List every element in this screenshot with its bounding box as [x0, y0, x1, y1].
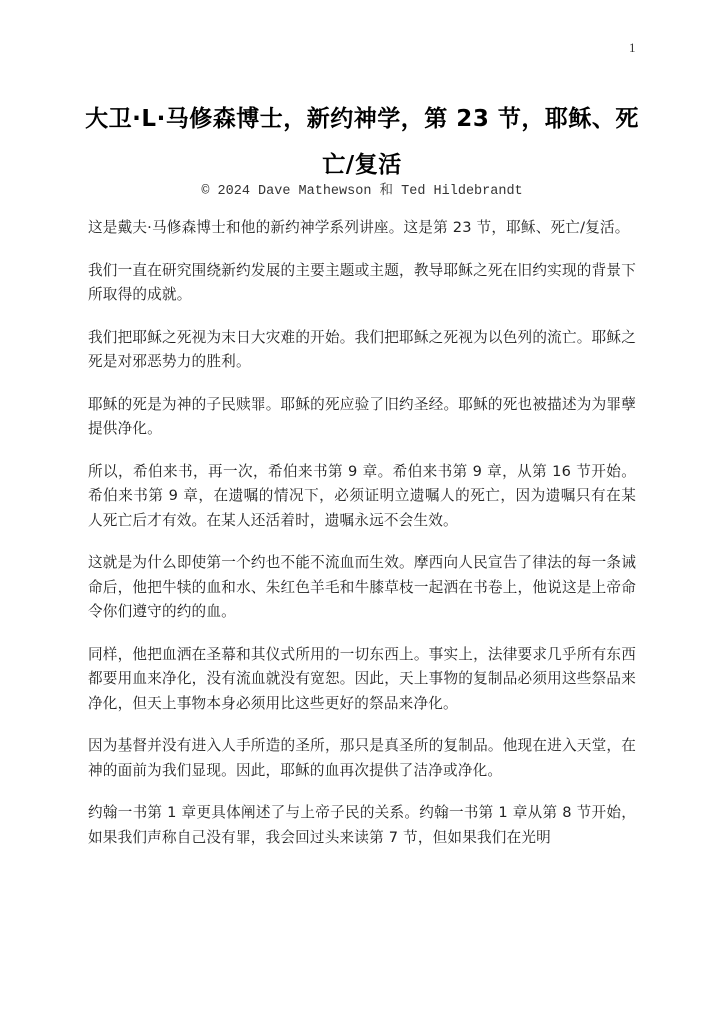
- paragraph-death-views: 我们把耶稣之死视为末日大灾难的开始。我们把耶稣之死视为以色列的流亡。耶稣之死是对…: [88, 326, 636, 375]
- paragraph-hebrews-9: 所以，希伯来书，再一次，希伯来书第 9 章。希伯来书第 9 章，从第 16 节开…: [88, 460, 636, 534]
- copyright-line: © 2024 Dave Mathewson 和 Ted Hildebrandt: [70, 178, 654, 199]
- document-body: 这是戴夫·马修森博士和他的新约神学系列讲座。这是第 23 节，耶稣、死亡/复活。…: [88, 216, 636, 868]
- paragraph-1-john: 约翰一书第 1 章更具体阐述了与上帝子民的关系。约翰一书第 1 章从第 8 节开…: [88, 801, 636, 850]
- page-number: 1: [629, 40, 636, 56]
- document-title: 大卫·L·马修森博士，新约神学，第 23 节，耶稣、死亡/复活: [70, 96, 654, 188]
- paragraph-themes: 我们一直在研究围绕新约发展的主要主题或主题，教导耶稣之死在旧约实现的背景下所取得…: [88, 259, 636, 308]
- paragraph-purification: 同样，他把血洒在圣幕和其仪式所用的一切东西上。事实上，法律要求几乎所有东西都要用…: [88, 643, 636, 717]
- paragraph-first-covenant: 这就是为什么即使第一个约也不能不流血而生效。摩西向人民宣告了律法的每一条诫命后，…: [88, 551, 636, 625]
- paragraph-sanctuary: 因为基督并没有进入人手所造的圣所，那只是真圣所的复制品。他现在进入天堂，在神的面…: [88, 734, 636, 783]
- paragraph-intro: 这是戴夫·马修森博士和他的新约神学系列讲座。这是第 23 节，耶稣、死亡/复活。: [88, 216, 636, 241]
- paragraph-atonement: 耶稣的死是为神的子民赎罪。耶稣的死应验了旧约圣经。耶稣的死也被描述为为罪孽提供净…: [88, 393, 636, 442]
